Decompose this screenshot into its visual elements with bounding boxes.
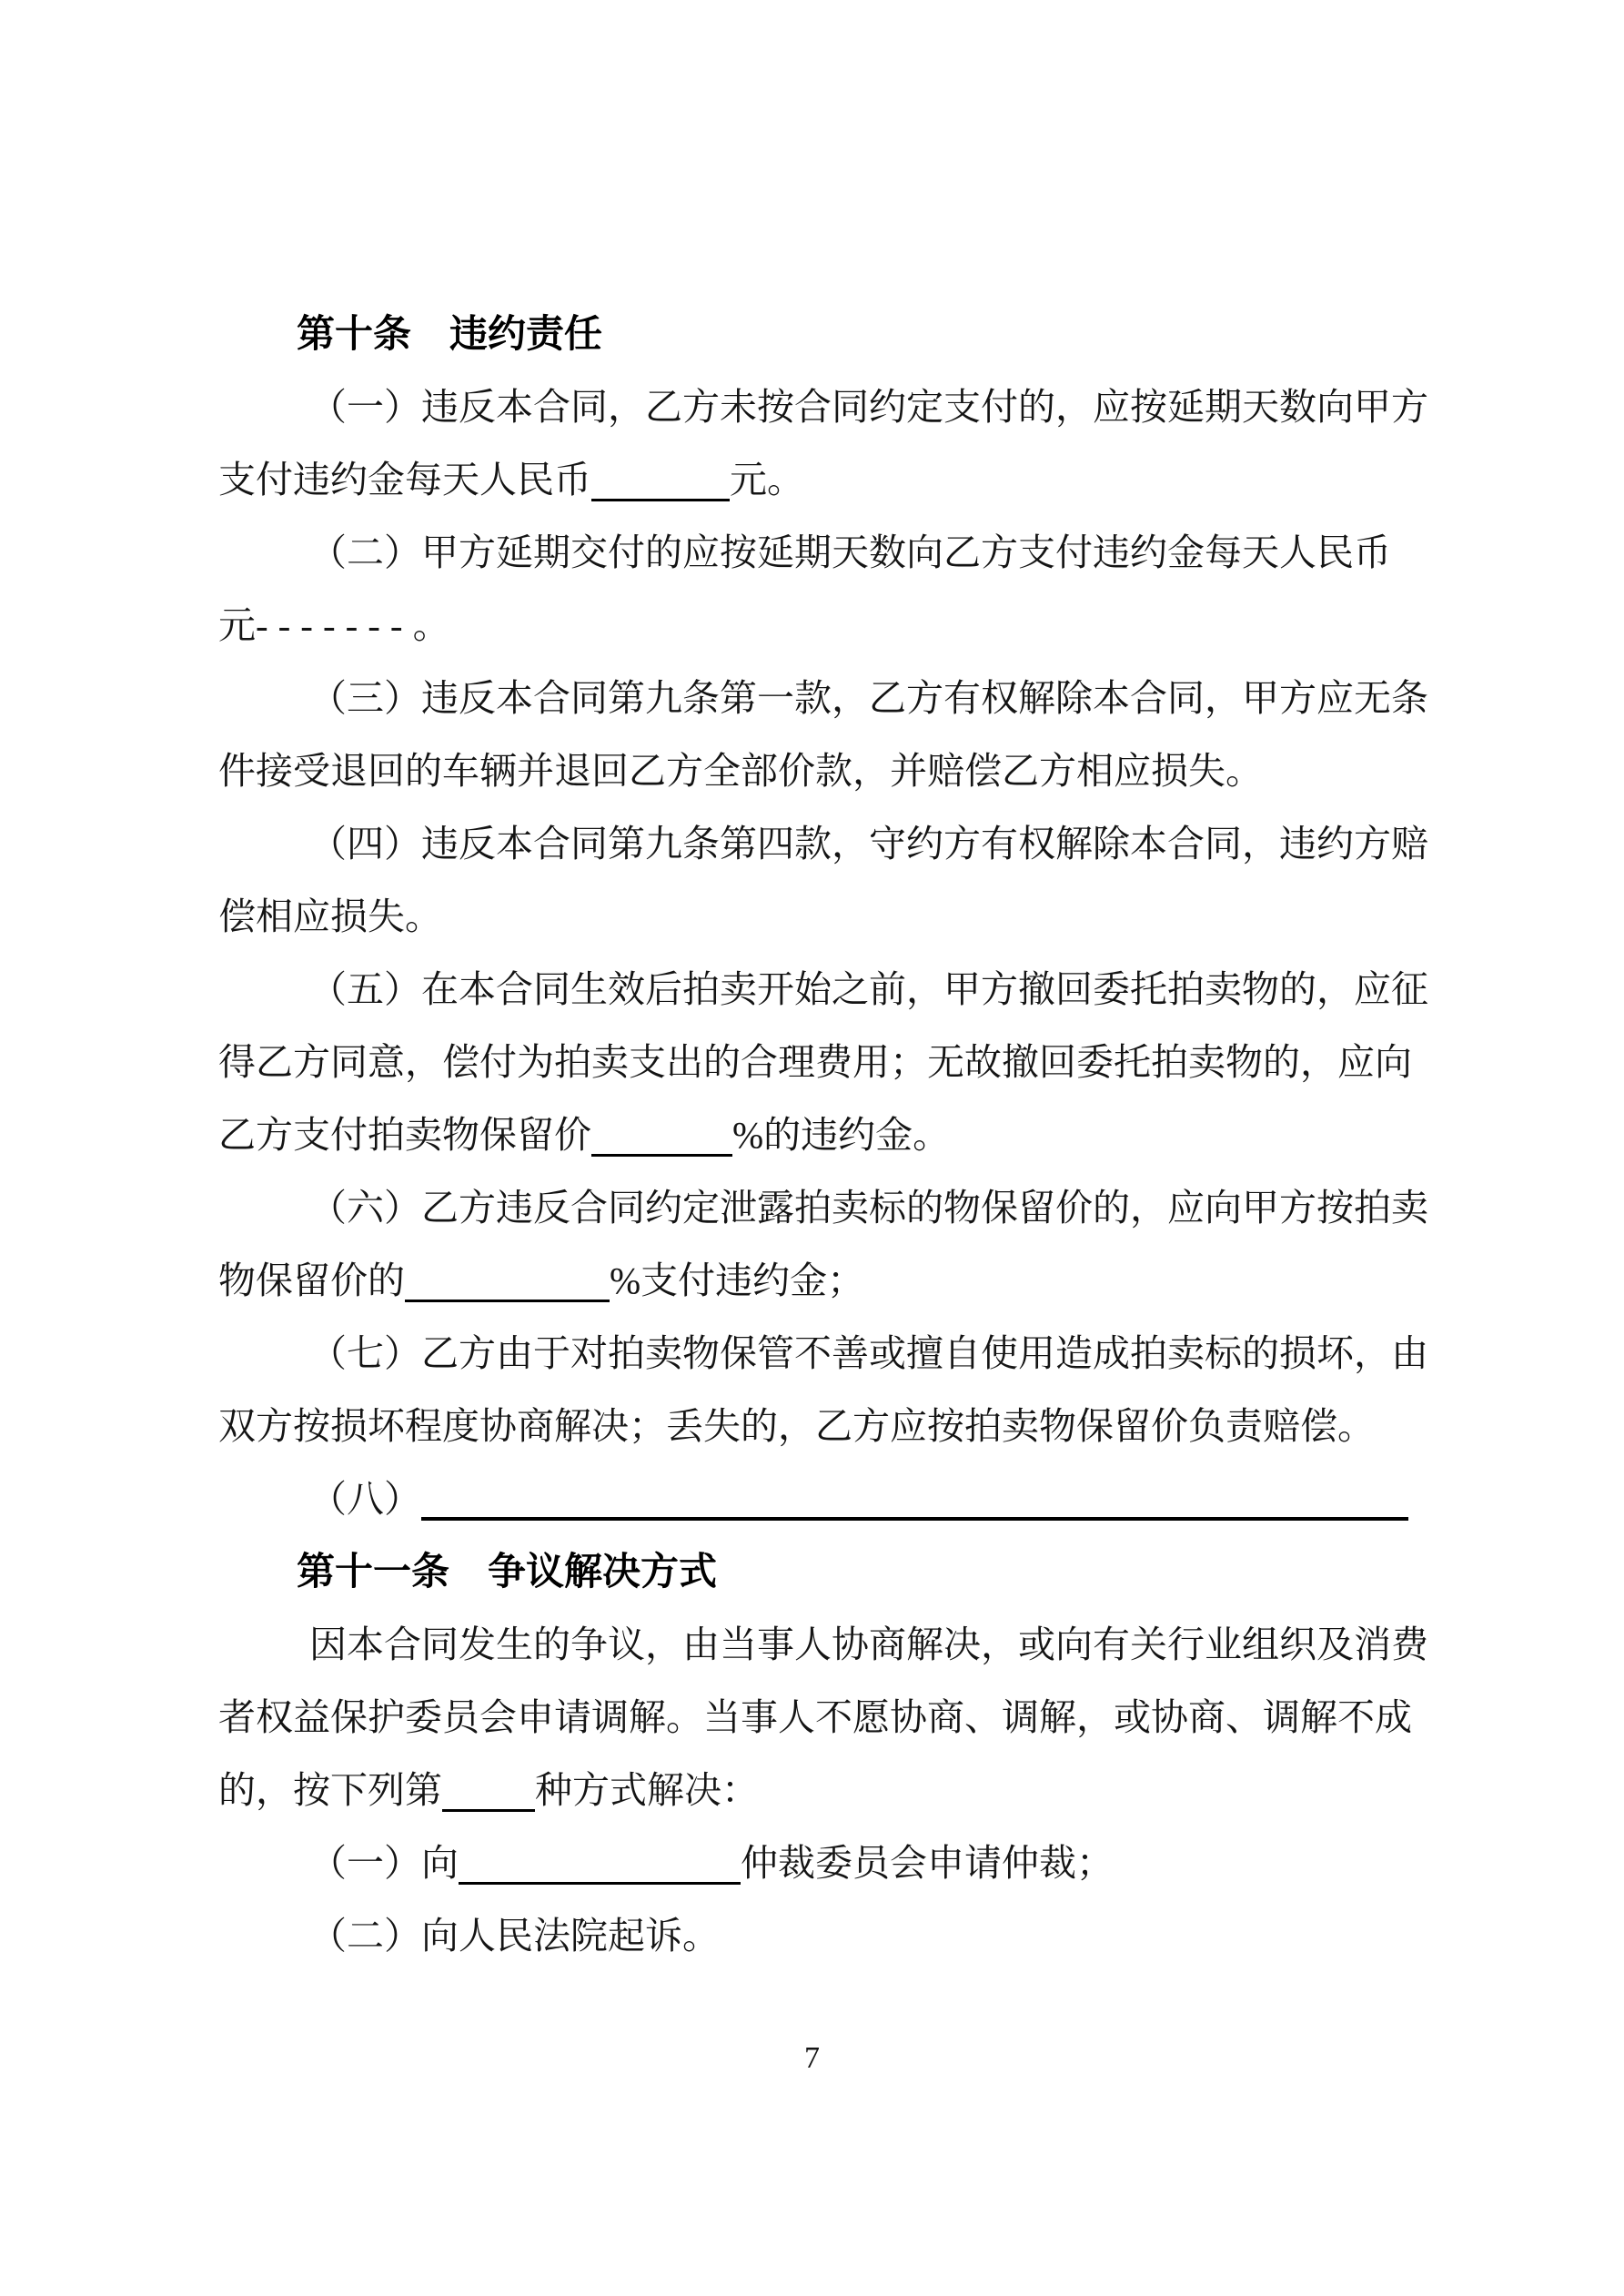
text-run: %支付违约金；	[610, 1259, 864, 1301]
clause-10-2-line-2: 元-------。	[218, 589, 1430, 662]
clause-11-2-line-1: （二）向人民法院起诉。	[218, 1899, 1430, 1972]
text-run: 件接受退回的车辆并退回乙方全部价款，并赔偿乙方相应损失。	[218, 750, 1263, 792]
article-11-heading: 第十一条 争议解决方式	[218, 1535, 1430, 1608]
clause-10-1-line-1: （一）违反本合同，乙方未按合同约定支付的，应按延期天数向甲方	[218, 370, 1430, 443]
contract-document-page: 第十条 违约责任（一）违反本合同，乙方未按合同约定支付的，应按延期天数向甲方支付…	[0, 0, 1624, 2296]
text-run: （二）甲方延期交付的应按延期天数向乙方支付违约金每天人民币	[309, 531, 1391, 573]
blank-fill-in-field	[591, 1115, 732, 1157]
article-11-para-line-3: 的，按下列第种方式解决：	[218, 1754, 1430, 1826]
article-11-para-line-1: 因本合同发生的争议，由当事人协商解决，或向有关行业组织及消费	[218, 1608, 1430, 1681]
text-run: （八）	[309, 1478, 421, 1520]
text-run: 的，按下列第	[218, 1769, 442, 1811]
clause-10-5-line-3: 乙方支付拍卖物保留价%的违约金。	[218, 1098, 1430, 1171]
blank-fill-in-field	[459, 1843, 741, 1885]
text-run: 者权益保护委员会申请调解。当事人不愿协商、调解，或协商、调解不成	[218, 1696, 1412, 1738]
clause-10-7-line-1: （七）乙方由于对拍卖物保管不善或擅自使用造成拍卖标的损坏，由	[218, 1317, 1430, 1390]
clause-10-5-line-2: 得乙方同意，偿付为拍卖支出的合理费用；无故撤回委托拍卖物的，应向	[218, 1026, 1430, 1098]
clause-10-8-line-1: （八）	[218, 1462, 1430, 1535]
text-run: 。	[413, 604, 450, 646]
text-run: （二）向人民法院起诉。	[309, 1915, 720, 1957]
text-run: 物保留价的	[218, 1259, 405, 1301]
text-run: （一）违反本合同，乙方未按合同约定支付的，应按延期天数向甲方	[309, 386, 1428, 428]
text-run: （三）违反本合同第九条第一款，乙方有权解除本合同，甲方应无条	[309, 677, 1428, 719]
blank-fill-in-field	[591, 460, 730, 501]
text-run: 仲裁委员会申请仲裁；	[741, 1842, 1114, 1884]
text-run: 因本合同发生的争议，由当事人协商解决，或向有关行业组织及消费	[309, 1623, 1428, 1665]
text-run: （五）在本合同生效后拍卖开始之前，甲方撤回委托拍卖物的，应征	[309, 968, 1428, 1010]
clause-11-1-line-1: （一）向仲裁委员会申请仲裁；	[218, 1826, 1430, 1899]
clause-10-3-line-1: （三）违反本合同第九条第一款，乙方有权解除本合同，甲方应无条	[218, 662, 1430, 734]
article-11-para-line-2: 者权益保护委员会申请调解。当事人不愿协商、调解，或协商、调解不成	[218, 1681, 1430, 1754]
text-run: 得乙方同意，偿付为拍卖支出的合理费用；无故撤回委托拍卖物的，应向	[218, 1041, 1412, 1083]
clause-10-7-line-2: 双方按损坏程度协商解决；丢失的，乙方应按拍卖物保留价负责赔偿。	[218, 1390, 1430, 1462]
clause-10-2-line-1: （二）甲方延期交付的应按延期天数向乙方支付违约金每天人民币	[218, 516, 1430, 589]
text-run: 乙方支付拍卖物保留价	[218, 1114, 591, 1156]
clause-10-4-line-1: （四）违反本合同第九条第四款，守约方有权解除本合同，违约方赔	[218, 807, 1430, 880]
text-run: 第十条 违约责任	[297, 312, 602, 355]
page-number: 7	[0, 2037, 1624, 2080]
document-lines: 第十条 违约责任（一）违反本合同，乙方未按合同约定支付的，应按延期天数向甲方支付…	[218, 298, 1430, 1972]
text-run: 双方按损坏程度协商解决；丢失的，乙方应按拍卖物保留价负责赔偿。	[218, 1405, 1375, 1447]
text-run: （六）乙方违反合同约定泄露拍卖标的物保留价的，应向甲方按拍卖	[309, 1187, 1428, 1229]
article-10-heading: 第十条 违约责任	[218, 298, 1430, 370]
text-run: （四）违反本合同第九条第四款，守约方有权解除本合同，违约方赔	[309, 823, 1428, 865]
text-run: %的违约金。	[732, 1114, 950, 1156]
text-run: 元	[218, 604, 256, 646]
text-run: 支付违约金每天人民币	[218, 459, 591, 501]
clause-10-6-line-1: （六）乙方违反合同约定泄露拍卖标的物保留价的，应向甲方按拍卖	[218, 1171, 1430, 1244]
clause-10-3-line-2: 件接受退回的车辆并退回乙方全部价款，并赔偿乙方相应损失。	[218, 734, 1430, 807]
clause-10-6-line-2: 物保留价的%支付违约金；	[218, 1244, 1430, 1317]
text-run: 第十一条 争议解决方式	[297, 1550, 717, 1593]
text-run: 偿相应损失。	[218, 895, 442, 937]
dash-placeholder: -------	[256, 604, 413, 646]
clause-10-1-line-2: 支付违约金每天人民币元。	[218, 443, 1430, 516]
blank-fill-in-field	[421, 1478, 1408, 1521]
text-run: 种方式解决：	[535, 1769, 759, 1811]
text-run: 元。	[730, 459, 804, 501]
clause-10-5-line-1: （五）在本合同生效后拍卖开始之前，甲方撤回委托拍卖物的，应征	[218, 953, 1430, 1026]
text-run: （七）乙方由于对拍卖物保管不善或擅自使用造成拍卖标的损坏，由	[309, 1332, 1428, 1374]
text-run: （一）向	[309, 1842, 459, 1884]
clause-10-4-line-2: 偿相应损失。	[218, 880, 1430, 953]
blank-fill-in-field	[405, 1260, 610, 1302]
blank-fill-in-field	[442, 1770, 535, 1812]
